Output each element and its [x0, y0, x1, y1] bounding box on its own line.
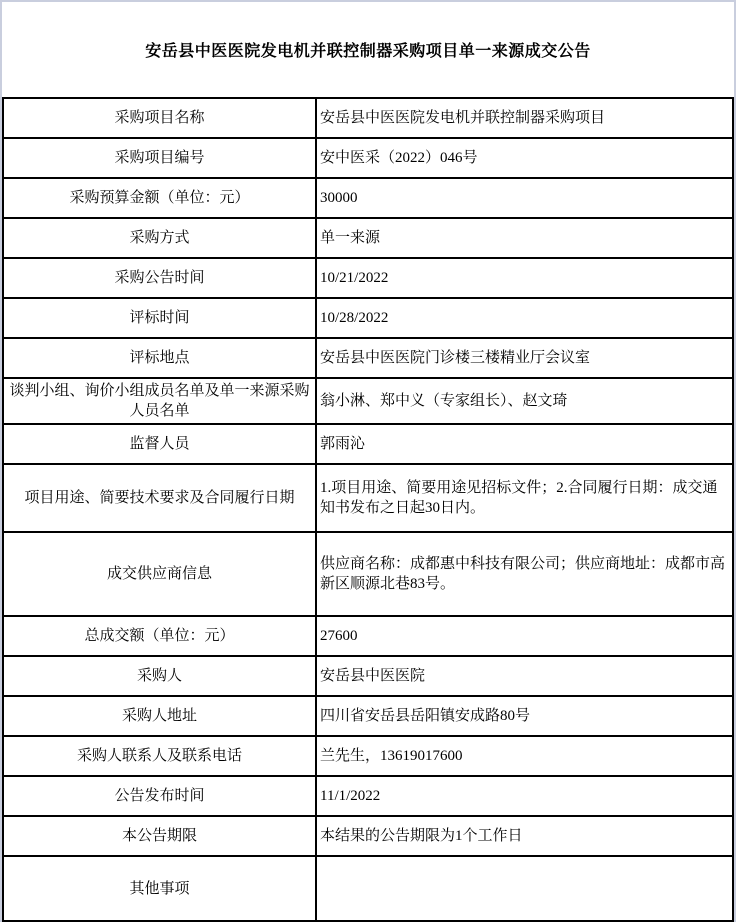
table-row: 监督人员 郭雨沁 [3, 424, 733, 464]
table-row: 采购方式 单一来源 [3, 218, 733, 258]
row-label: 监督人员 [3, 424, 316, 464]
row-label: 评标地点 [3, 338, 316, 378]
row-value: 安中医采（2022）046号 [316, 138, 733, 178]
table-row: 成交供应商信息 供应商名称：成都惠中科技有限公司；供应商地址：成都市高新区顺源北… [3, 532, 733, 616]
table-row: 评标地点 安岳县中医医院门诊楼三楼精业厅会议室 [3, 338, 733, 378]
announcement-table: 采购项目名称 安岳县中医医院发电机并联控制器采购项目 采购项目编号 安中医采（2… [2, 97, 734, 922]
table-row: 采购项目名称 安岳县中医医院发电机并联控制器采购项目 [3, 98, 733, 138]
row-label: 采购人 [3, 656, 316, 696]
row-label: 其他事项 [3, 856, 316, 921]
row-label: 采购项目名称 [3, 98, 316, 138]
row-value: 安岳县中医医院发电机并联控制器采购项目 [316, 98, 733, 138]
row-label: 采购项目编号 [3, 138, 316, 178]
row-label: 谈判小组、询价小组成员名单及单一来源采购人员名单 [3, 378, 316, 424]
row-value: 单一来源 [316, 218, 733, 258]
row-value: 30000 [316, 178, 733, 218]
table-row: 评标时间 10/28/2022 [3, 298, 733, 338]
table-row: 采购人 安岳县中医医院 [3, 656, 733, 696]
table-row: 其他事项 [3, 856, 733, 921]
row-value: 安岳县中医医院门诊楼三楼精业厅会议室 [316, 338, 733, 378]
table-row: 项目用途、简要技术要求及合同履行日期 1.项目用途、简要用途见招标文件；2.合同… [3, 464, 733, 532]
row-value: 11/1/2022 [316, 776, 733, 816]
title-block: 安岳县中医医院发电机并联控制器采购项目单一来源成交公告 [2, 2, 734, 97]
table-row: 公告发布时间 11/1/2022 [3, 776, 733, 816]
row-value: 1.项目用途、简要用途见招标文件；2.合同履行日期：成交通知书发布之日起30日内… [316, 464, 733, 532]
row-value: 27600 [316, 616, 733, 656]
table-row: 采购项目编号 安中医采（2022）046号 [3, 138, 733, 178]
row-value: 供应商名称：成都惠中科技有限公司；供应商地址：成都市高新区顺源北巷83号。 [316, 532, 733, 616]
table-row: 采购预算金额（单位：元） 30000 [3, 178, 733, 218]
announcement-page: 安岳县中医医院发电机并联控制器采购项目单一来源成交公告 采购项目名称 安岳县中医… [0, 0, 736, 922]
row-label: 本公告期限 [3, 816, 316, 856]
row-value: 郭雨沁 [316, 424, 733, 464]
page-title: 安岳县中医医院发电机并联控制器采购项目单一来源成交公告 [145, 38, 591, 61]
row-value: 翁小淋、郑中义（专家组长）、赵文琦 [316, 378, 733, 424]
row-label: 成交供应商信息 [3, 532, 316, 616]
row-label: 采购人联系人及联系电话 [3, 736, 316, 776]
table-row: 采购人地址 四川省安岳县岳阳镇安成路80号 [3, 696, 733, 736]
table-row: 谈判小组、询价小组成员名单及单一来源采购人员名单 翁小淋、郑中义（专家组长）、赵… [3, 378, 733, 424]
row-label: 采购人地址 [3, 696, 316, 736]
table-row: 总成交额（单位：元） 27600 [3, 616, 733, 656]
table-row: 采购公告时间 10/21/2022 [3, 258, 733, 298]
row-value: 本结果的公告期限为1个工作日 [316, 816, 733, 856]
row-value: 安岳县中医医院 [316, 656, 733, 696]
row-label: 公告发布时间 [3, 776, 316, 816]
row-label: 评标时间 [3, 298, 316, 338]
row-label: 总成交额（单位：元） [3, 616, 316, 656]
row-label: 采购方式 [3, 218, 316, 258]
table-row: 本公告期限 本结果的公告期限为1个工作日 [3, 816, 733, 856]
row-value [316, 856, 733, 921]
row-value: 兰先生，13619017600 [316, 736, 733, 776]
row-label: 采购预算金额（单位：元） [3, 178, 316, 218]
row-value: 10/21/2022 [316, 258, 733, 298]
row-value: 四川省安岳县岳阳镇安成路80号 [316, 696, 733, 736]
table-row: 采购人联系人及联系电话 兰先生，13619017600 [3, 736, 733, 776]
table-body: 采购项目名称 安岳县中医医院发电机并联控制器采购项目 采购项目编号 安中医采（2… [3, 98, 733, 921]
row-label: 项目用途、简要技术要求及合同履行日期 [3, 464, 316, 532]
row-value: 10/28/2022 [316, 298, 733, 338]
row-label: 采购公告时间 [3, 258, 316, 298]
